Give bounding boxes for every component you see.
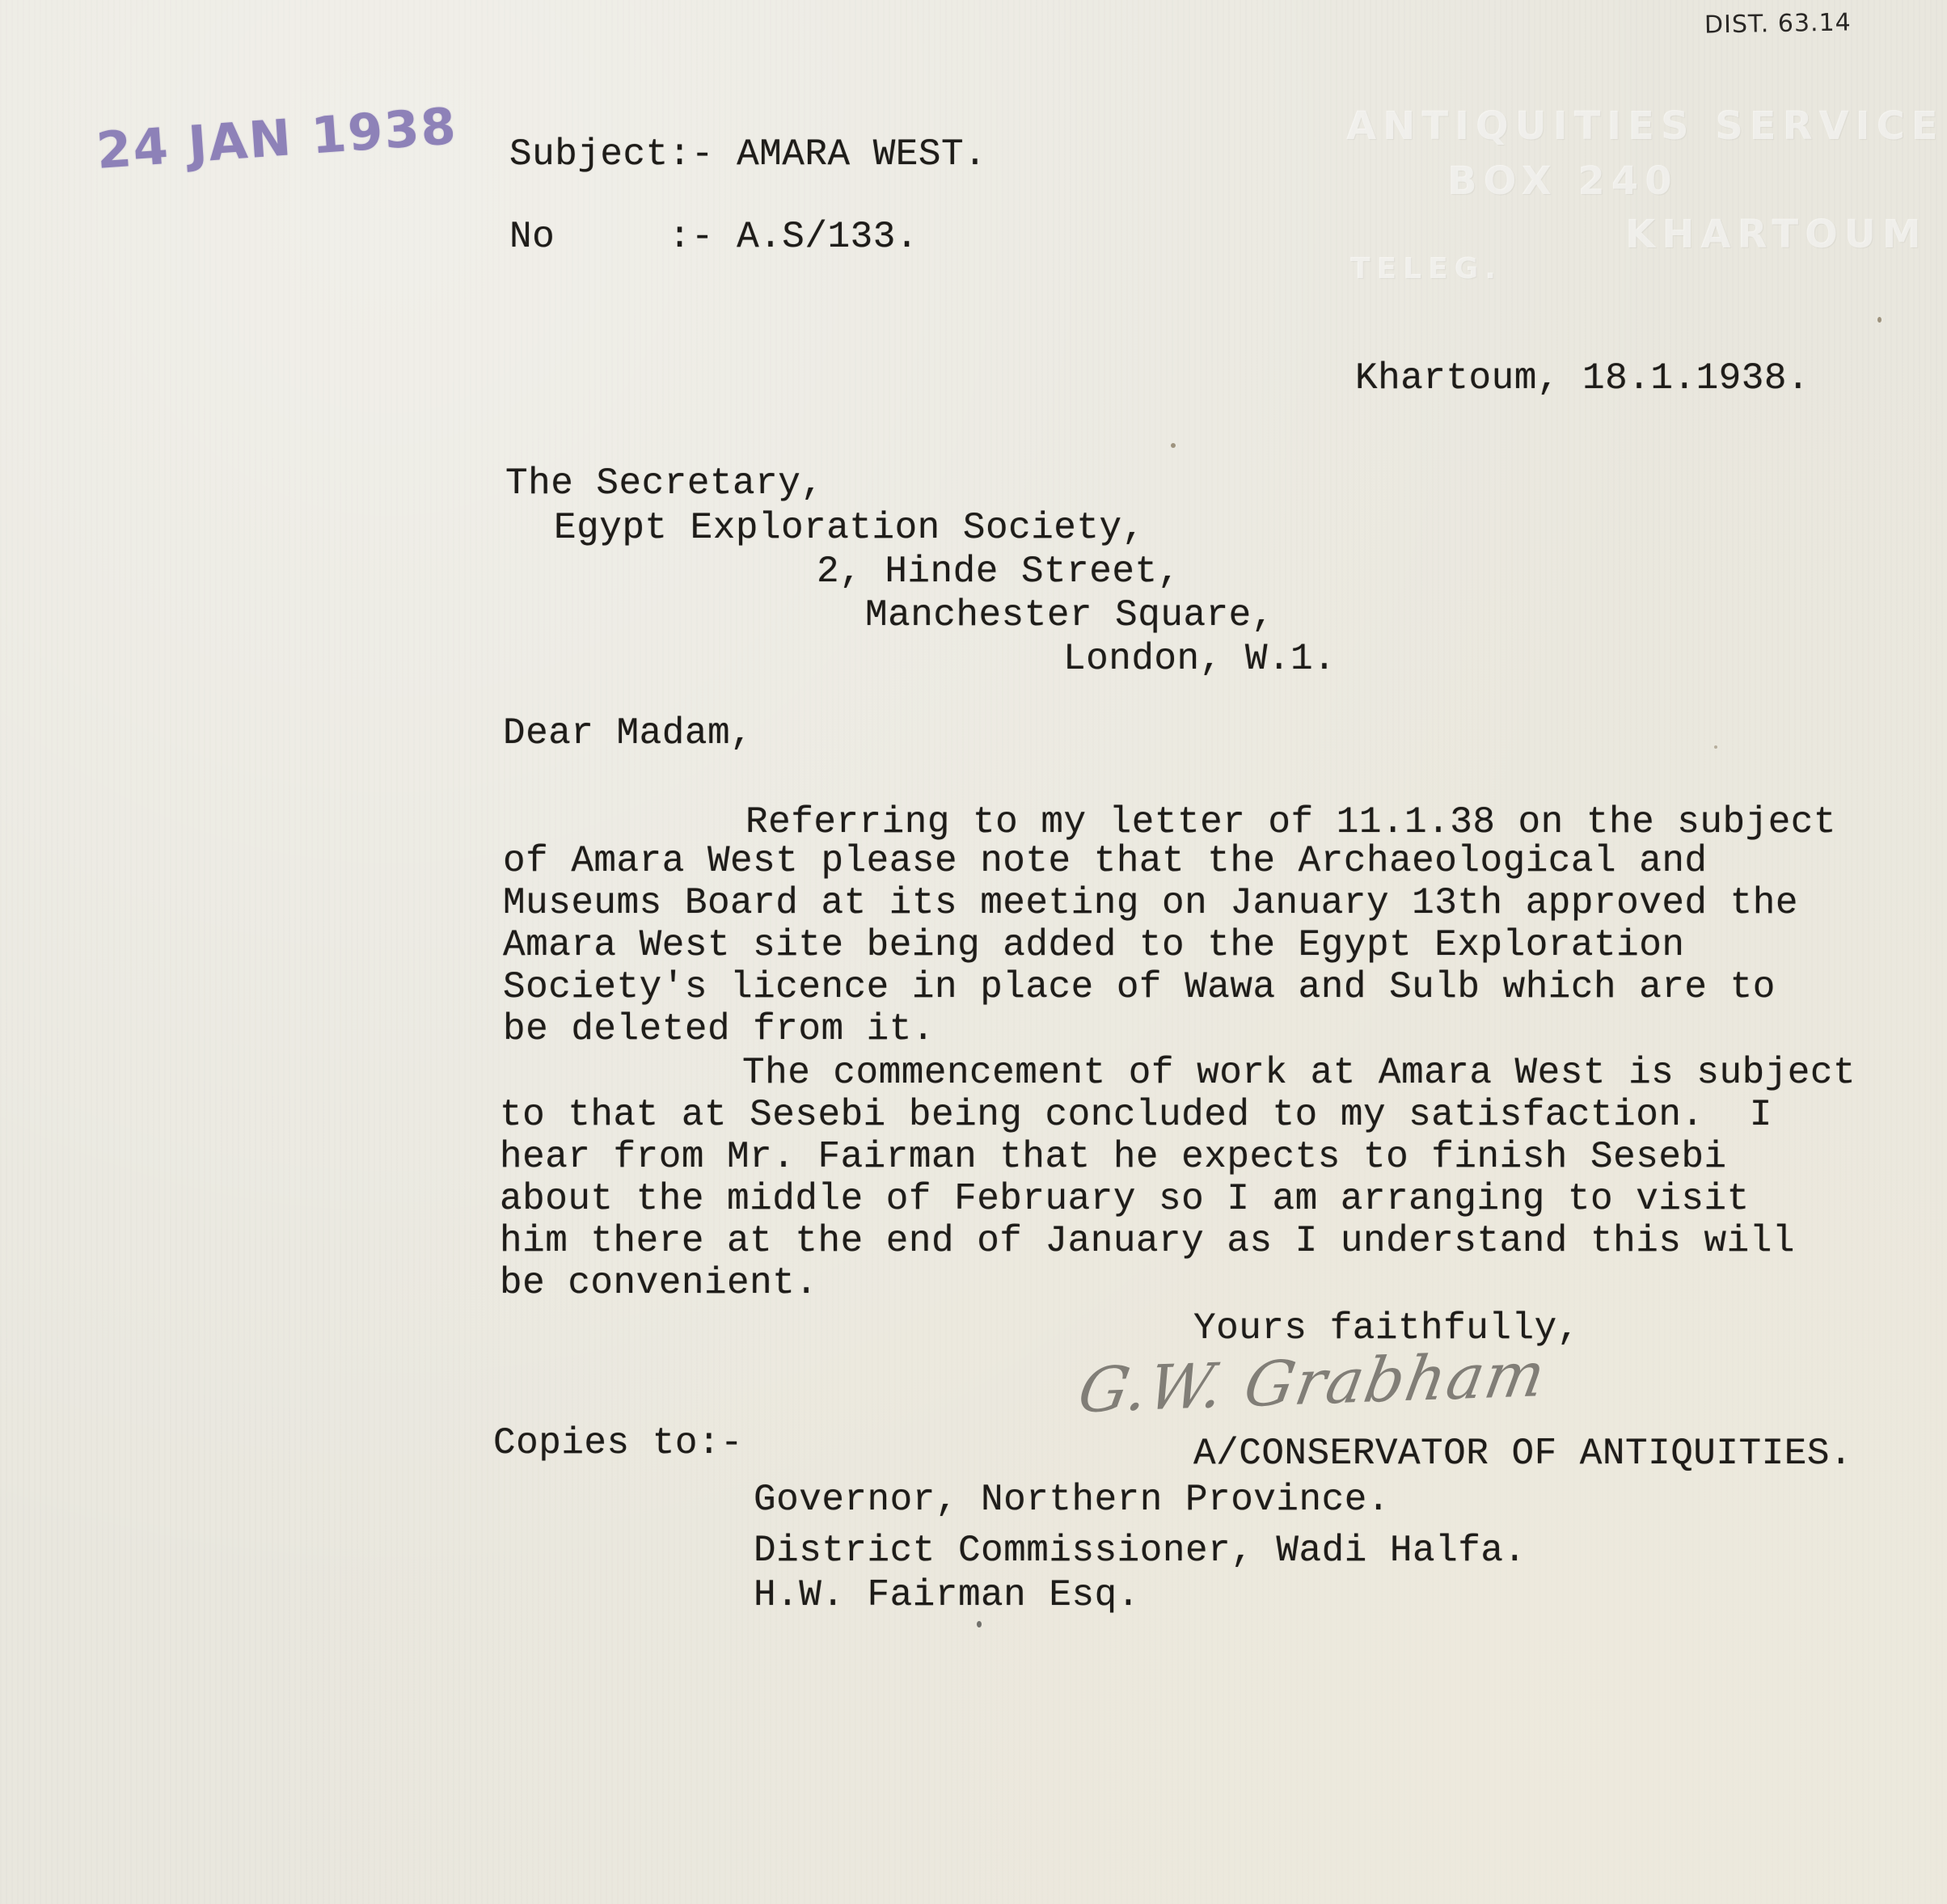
- body-line: him there at the end of January as I und…: [500, 1222, 1795, 1260]
- copy-recipient: Governor, Northern Province.: [754, 1481, 1390, 1518]
- body-line: be convenient.: [500, 1264, 817, 1302]
- body-line: Society's licence in place of Wawa and S…: [503, 969, 1776, 1006]
- reference-number-line: No :- A.S/133.: [509, 218, 919, 255]
- number-label: No: [509, 216, 555, 258]
- archive-reference: DIST. 63.14: [1704, 8, 1852, 39]
- body-line: be deleted from it.: [503, 1011, 935, 1048]
- body-line: The commencement of work at Amara West i…: [742, 1054, 1856, 1091]
- emboss-letterhead-line: ANTIQUITIES SERVICE: [1346, 103, 1945, 149]
- place-and-date: Khartoum, 18.1.1938.: [1355, 360, 1810, 397]
- body-line: Amara West site being added to the Egypt…: [503, 927, 1684, 964]
- copies-label: Copies to:-: [493, 1425, 743, 1462]
- letter-page: { "annotations": { "archive_ref": "DIST.…: [0, 0, 1947, 1904]
- subject-label: Subject:-: [509, 133, 714, 175]
- paper-speck: [1877, 317, 1882, 323]
- body-line: about the middle of February so I am arr…: [500, 1180, 1750, 1218]
- paper-speck: [1714, 745, 1717, 749]
- recipient-address-line: London, W.1.: [1063, 640, 1336, 678]
- number-value: A.S/133.: [737, 216, 919, 258]
- copy-recipient: H.W. Fairman Esq.: [754, 1577, 1140, 1614]
- copy-recipient: District Commissioner, Wadi Halfa.: [754, 1532, 1527, 1569]
- paper-speck: [1171, 443, 1176, 448]
- number-separator: :-: [669, 216, 714, 258]
- body-line: of Amara West please note that the Archa…: [503, 842, 1708, 880]
- signatory-title: A/CONSERVATOR OF ANTIQUITIES.: [1193, 1435, 1852, 1472]
- recipient-address-line: Egypt Exploration Society,: [554, 509, 1145, 547]
- subject-value: AMARA WEST.: [737, 133, 986, 175]
- received-date-stamp: 24 JAN 1938: [95, 96, 459, 180]
- emboss-letterhead-line: BOX 240: [1447, 158, 1679, 204]
- body-line: hear from Mr. Fairman that he expects to…: [500, 1138, 1727, 1176]
- emboss-letterhead-line: KHARTOUM: [1625, 212, 1928, 257]
- recipient-address-line: The Secretary,: [505, 465, 823, 502]
- salutation: Dear Madam,: [503, 715, 753, 752]
- body-line: to that at Sesebi being concluded to my …: [500, 1096, 1772, 1134]
- paper-speck: [977, 1621, 982, 1627]
- recipient-address-line: 2, Hinde Street,: [817, 553, 1180, 590]
- recipient-address-line: Manchester Square,: [865, 597, 1274, 634]
- body-line: Museums Board at its meeting on January …: [503, 884, 1798, 922]
- subject-line: Subject:- AMARA WEST.: [509, 136, 986, 173]
- emboss-letterhead-line: TELEG.: [1350, 252, 1502, 285]
- body-line: Referring to my letter of 11.1.38 on the…: [745, 804, 1836, 841]
- handwritten-signature: G.W. Grabham: [1073, 1338, 1552, 1427]
